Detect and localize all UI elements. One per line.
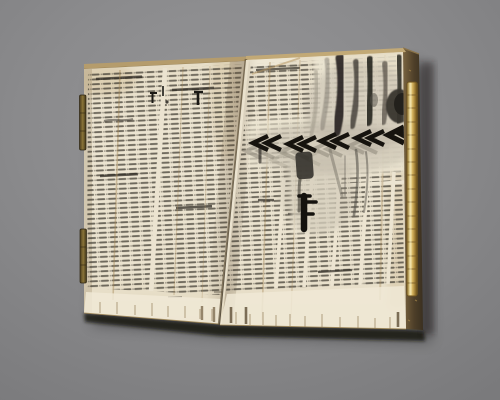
photo-canvas	[0, 0, 500, 400]
photo-svg	[0, 0, 500, 400]
piano-hinge-barrel	[407, 82, 418, 296]
right-page	[220, 48, 415, 329]
left-page	[72, 40, 246, 325]
